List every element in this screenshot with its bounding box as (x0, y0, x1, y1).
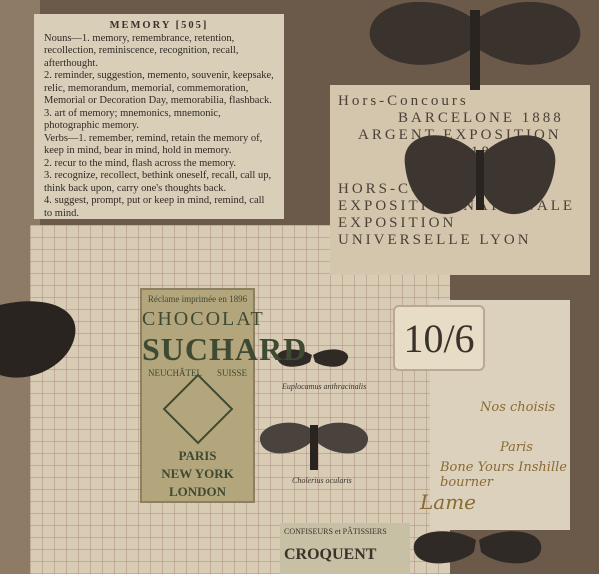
dictionary-page: MEMORY [505] Nouns—1. memory, remembranc… (34, 14, 284, 219)
dictionary-line: Nouns—1. memory, remembrance, retention,… (44, 33, 274, 71)
price-tag: 10/6 (393, 305, 485, 371)
label-top-text: Réclame imprimée en 1896 (142, 294, 253, 304)
dictionary-line: Memorial or Decoration Day, memorabilia,… (44, 95, 274, 108)
handwriting: Lame (420, 490, 476, 514)
dictionary-line: 4. suggest, prompt, put or keep in mind,… (44, 195, 274, 219)
moth-icon (0, 295, 80, 385)
label-city: LONDON (142, 484, 253, 500)
moth-caption: Euplocamus anthracinalis (282, 382, 366, 391)
butterfly-icon (400, 125, 560, 230)
dictionary-line: 3. recognize, recollect, bethink oneself… (44, 170, 274, 195)
confiseurs-header: CONFISEURS et PÂTISSIERS (284, 527, 406, 536)
moth-icon (365, 0, 585, 90)
label-city: PARIS (142, 448, 253, 464)
label-suisse: SUISSE (217, 368, 247, 378)
label-emblem (162, 374, 233, 445)
label-suchard: SUCHARD (142, 331, 253, 368)
exposition-line: Hors-Concours (338, 93, 582, 110)
label-city: NEW YORK (142, 466, 253, 482)
dictionary-line: 2. reminder, suggestion, memento, souven… (44, 70, 274, 95)
dictionary-line: 2. recur to the mind, flash across the m… (44, 158, 274, 171)
dictionary-heading: MEMORY [505] (44, 20, 274, 33)
confiseurs-big: CROQUENT (284, 546, 406, 564)
handwriting: Nos choisis (480, 400, 555, 415)
dictionary-line: Verbs—1. remember, remind, retain the me… (44, 133, 274, 158)
confiseurs-block: CONFISEURS et PÂTISSIERS CROQUENT (280, 523, 410, 574)
moth-icon (410, 520, 545, 574)
moth-caption: Cholerius ocularis (292, 476, 352, 485)
suchard-label: Réclame imprimée en 1896 CHOCOLAT SUCHAR… (140, 288, 255, 503)
label-chocolat: CHOCOLAT (142, 308, 253, 331)
price-tag-value: 10/6 (403, 316, 474, 361)
handwriting: Paris (500, 440, 533, 455)
dictionary-line: 3. art of memory; mnemonics, mnemonic, p… (44, 108, 274, 133)
moth-icon (258, 410, 370, 475)
handwriting: Bone Yours Inshille bourner (440, 460, 599, 490)
